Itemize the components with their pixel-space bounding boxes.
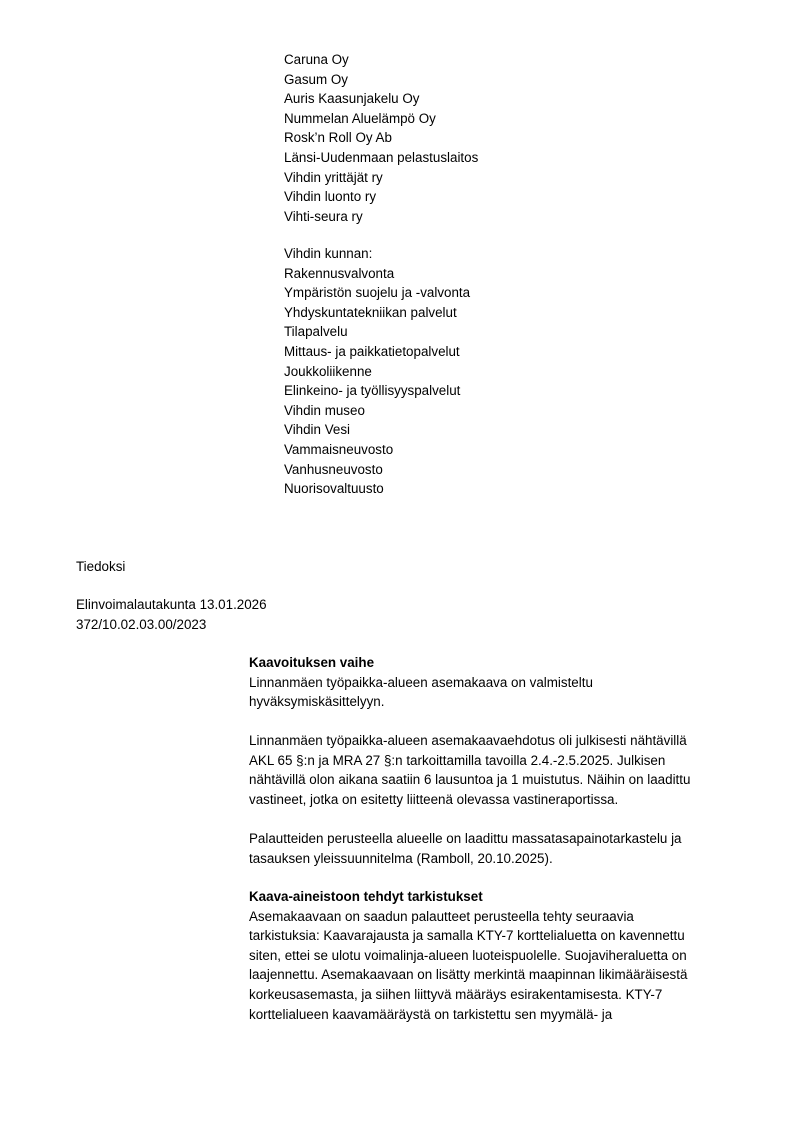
list-item: Vihti-seura ry: [284, 207, 478, 227]
info-label: Tiedoksi: [76, 557, 125, 577]
paragraph-line: tasauksen yleissuunnitelma (Ramboll, 20.…: [249, 849, 682, 869]
section-heading: Kaavoituksen vaihe: [249, 653, 593, 673]
document-page: Caruna Oy Gasum Oy Auris Kaasunjakelu Oy…: [0, 0, 794, 1122]
meeting-info: Elinvoimalautakunta 13.01.2026 372/10.02…: [76, 595, 267, 634]
paragraph-line: korkeusasemasta, ja siihen liittyvä määr…: [249, 985, 687, 1005]
committee-date: Elinvoimalautakunta 13.01.2026: [76, 595, 267, 615]
list-item: Yhdyskuntatekniikan palvelut: [284, 303, 470, 323]
list-item: Vihdin Vesi: [284, 420, 470, 440]
list-item: Vihdin luonto ry: [284, 187, 478, 207]
list-item: Joukkoliikenne: [284, 362, 470, 382]
paragraph-line: siten, ettei se ulotu voimalinja-alueen …: [249, 946, 687, 966]
list-item: Rakennusvalvonta: [284, 264, 470, 284]
paragraph-line: AKL 65 §:n ja MRA 27 §:n tarkoittamilla …: [249, 751, 690, 771]
paragraph-public-display: Linnanmäen työpaikka-alueen asemakaavaeh…: [249, 731, 690, 809]
list-item: Gasum Oy: [284, 70, 478, 90]
list-item: Länsi-Uudenmaan pelastuslaitos: [284, 148, 478, 168]
section-planning-phase: Kaavoituksen vaihe Linnanmäen työpaikka-…: [249, 653, 593, 712]
paragraph-line: Linnanmäen työpaikka-alueen asemakaava o…: [249, 673, 593, 693]
section-heading: Kaava-aineistoon tehdyt tarkistukset: [249, 887, 687, 907]
list-item: Vihdin yrittäjät ry: [284, 168, 478, 188]
list-item: Vammaisneuvosto: [284, 440, 470, 460]
paragraph-line: vastineet, jotka on esitetty liitteenä o…: [249, 790, 690, 810]
paragraph-line: korttelialueen kaavamääräystä on tarkist…: [249, 1005, 687, 1025]
paragraph-line: Asemakaavaan on saadun palautteet perust…: [249, 907, 687, 927]
paragraph-line: nähtävillä olon aikana saatiin 6 lausunt…: [249, 770, 690, 790]
paragraph-line: tarkistuksia: Kaavarajausta ja samalla K…: [249, 926, 687, 946]
list-item: Vihdin museo: [284, 401, 470, 421]
list-item: Tilapalvelu: [284, 322, 470, 342]
list-item: Mittaus- ja paikkatietopalvelut: [284, 342, 470, 362]
list-item: Nummelan Aluelämpö Oy: [284, 109, 478, 129]
paragraph-line: Linnanmäen työpaikka-alueen asemakaavaeh…: [249, 731, 690, 751]
recipient-organizations-list: Caruna Oy Gasum Oy Auris Kaasunjakelu Oy…: [284, 50, 478, 226]
municipality-heading: Vihdin kunnan:: [284, 244, 470, 264]
list-item: Caruna Oy: [284, 50, 478, 70]
paragraph-mass-balance: Palautteiden perusteella alueelle on laa…: [249, 829, 682, 868]
list-item: Ympäristön suojelu ja -valvonta: [284, 283, 470, 303]
section-revisions: Kaava-aineistoon tehdyt tarkistukset Ase…: [249, 887, 687, 1024]
paragraph-line: hyväksymiskäsittelyyn.: [249, 692, 593, 712]
paragraph-line: Palautteiden perusteella alueelle on laa…: [249, 829, 682, 849]
list-item: Rosk’n Roll Oy Ab: [284, 128, 478, 148]
list-item: Auris Kaasunjakelu Oy: [284, 89, 478, 109]
list-item: Elinkeino- ja työllisyyspalvelut: [284, 381, 470, 401]
list-item: Nuorisovaltuusto: [284, 479, 470, 499]
municipality-units-list: Vihdin kunnan: Rakennusvalvonta Ympärist…: [284, 244, 470, 499]
record-number: 372/10.02.03.00/2023: [76, 615, 267, 635]
paragraph-line: laajennettu. Asemakaavaan on lisätty mer…: [249, 965, 687, 985]
list-item: Vanhusneuvosto: [284, 460, 470, 480]
